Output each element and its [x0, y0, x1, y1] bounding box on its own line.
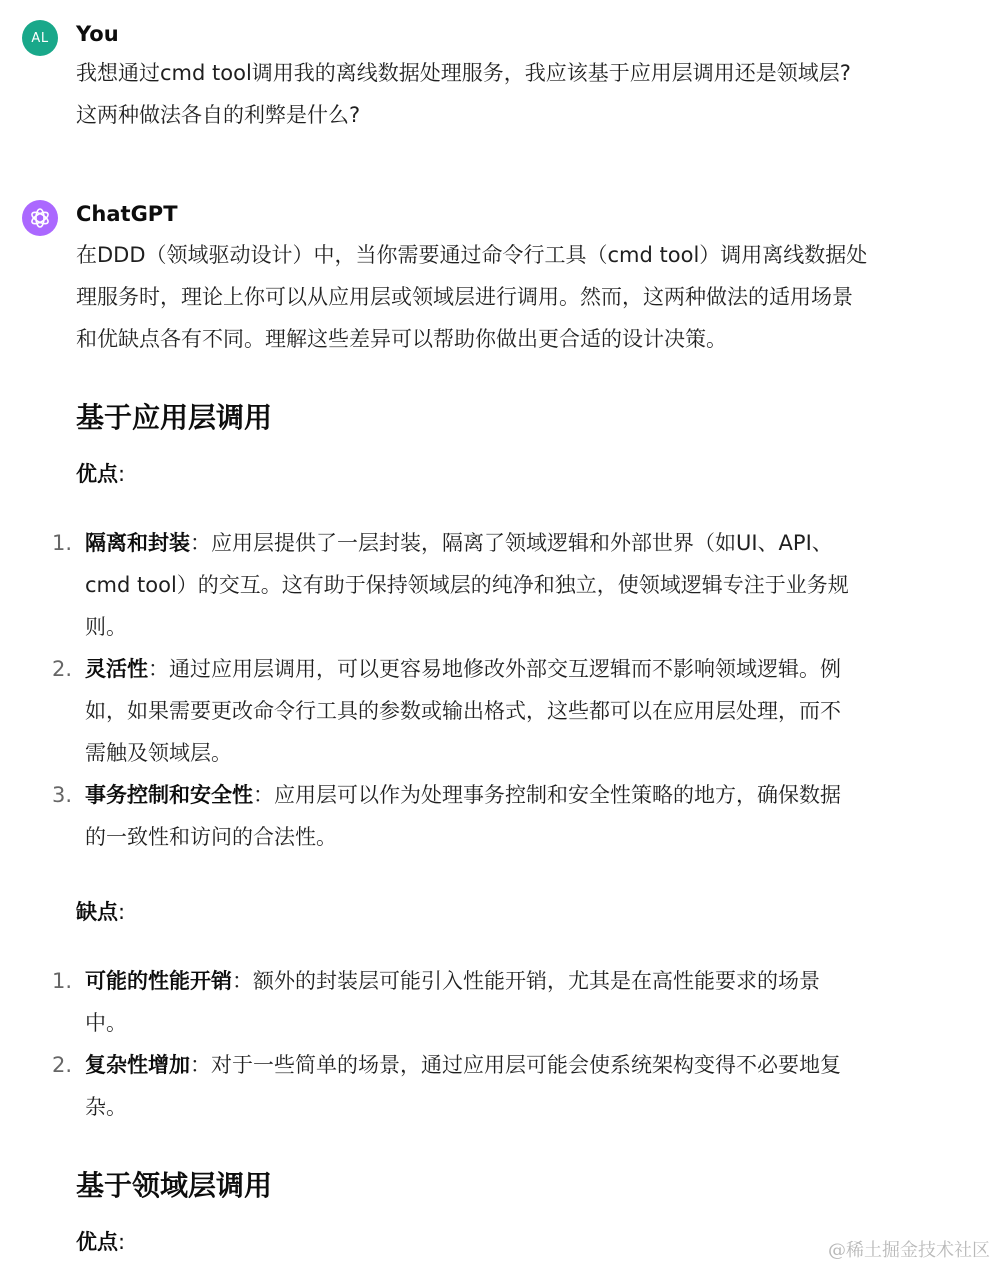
list-item: 3. 事务控制和安全性：应用层可以作为处理事务控制和安全性策略的地方，确保数据 … — [0, 774, 958, 858]
user-message-text: 我想通过cmd tool调用我的离线数据处理服务，我应该基于应用层调用还是领域层… — [76, 52, 972, 136]
assistant-name: ChatGPT — [76, 202, 178, 226]
message-line: 我想通过cmd tool调用我的离线数据处理服务，我应该基于应用层调用还是领域层… — [76, 52, 972, 94]
message-line: 这两种做法各自的利弊是什么? — [76, 94, 972, 136]
openai-logo-icon — [22, 200, 58, 236]
user-name: You — [76, 22, 119, 46]
list-item: 1. 可能的性能开销：额外的封装层可能引入性能开销，尤其是在高性能要求的场景 中… — [0, 960, 958, 1044]
list-item: 2. 灵活性：通过应用层调用，可以更容易地修改外部交互逻辑而不影响领域逻辑。例 … — [0, 648, 958, 774]
cons-label: 缺点: — [76, 896, 125, 926]
section-heading: 基于应用层调用 — [76, 396, 272, 436]
cons-list: 1. 可能的性能开销：额外的封装层可能引入性能开销，尤其是在高性能要求的场景 中… — [0, 960, 958, 1128]
intro-line: 理服务时，理论上你可以从应用层或领域层进行调用。然而，这两种做法的适用场景 — [76, 276, 972, 318]
section-heading: 基于领域层调用 — [76, 1164, 272, 1204]
pros-label: 优点: — [76, 1226, 125, 1256]
list-item: 2. 复杂性增加：对于一些简单的场景，通过应用层可能会使系统架构变得不必要地复 … — [0, 1044, 958, 1128]
user-avatar: AL — [22, 20, 58, 56]
pros-label: 优点: — [76, 458, 125, 488]
list-item: 1. 隔离和封装：应用层提供了一层封装，隔离了领域逻辑和外部世界（如UI、API… — [0, 522, 958, 648]
intro-line: 在DDD（领域驱动设计）中，当你需要通过命令行工具（cmd tool）调用离线数… — [76, 234, 972, 276]
pros-list: 1. 隔离和封装：应用层提供了一层封装，隔离了领域逻辑和外部世界（如UI、API… — [0, 522, 958, 858]
avatar-initials: AL — [31, 31, 48, 46]
intro-line: 和优缺点各有不同。理解这些差异可以帮助你做出更合适的设计决策。 — [76, 318, 972, 360]
assistant-intro: 在DDD（领域驱动设计）中，当你需要通过命令行工具（cmd tool）调用离线数… — [76, 234, 972, 360]
watermark: @稀土掘金技术社区 — [828, 1236, 990, 1262]
